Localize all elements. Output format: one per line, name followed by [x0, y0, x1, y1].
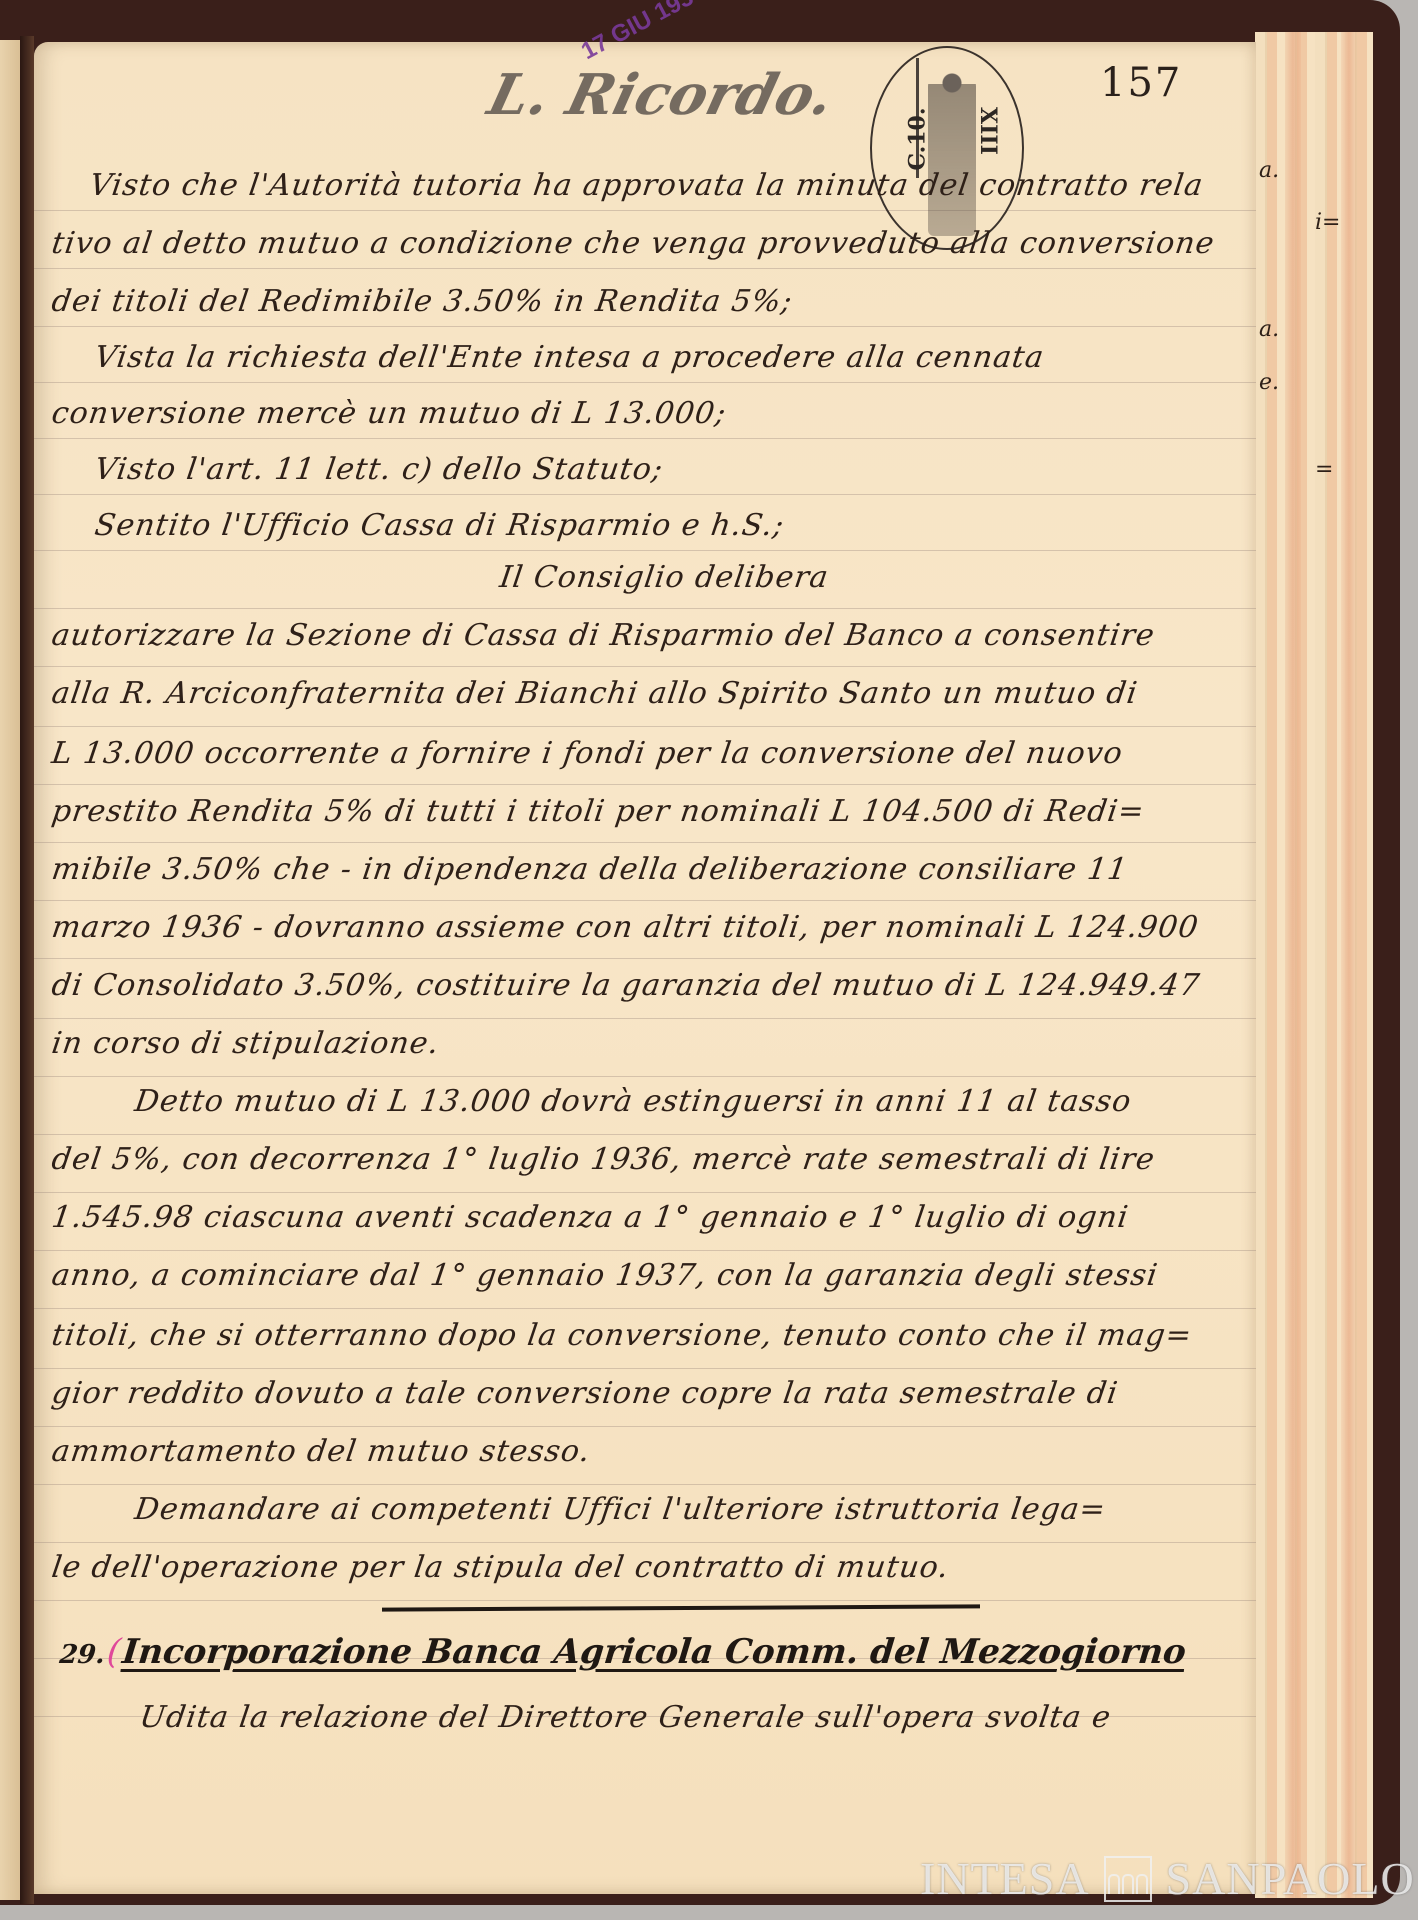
text-line: Detto mutuo di L 13.000 dovrà estinguers… — [133, 1084, 1134, 1119]
previous-page-edge — [0, 40, 20, 1900]
revenue-seal: C.10. XIII — [870, 46, 1024, 250]
margin-note: a. — [1259, 158, 1279, 183]
text-line: Visto che l'Autorità tutoria ha approvat… — [88, 168, 1206, 203]
text-line: prestito Rendita 5% di tutti i titoli pe… — [50, 794, 1147, 829]
text-line: marzo 1936 - dovranno assieme con altri … — [50, 910, 1201, 945]
text-line: autorizzare la Sezione di Cassa di Rispa… — [50, 618, 1158, 653]
text-line: di Consolidato 3.50%, costituire la gara… — [50, 968, 1203, 1003]
margin-note: e. — [1259, 370, 1279, 395]
bank-logo-icon — [1104, 1856, 1152, 1902]
resolution-heading: Il Consiglio delibera — [498, 560, 832, 595]
text-line: alla R. Arciconfraternita dei Bianchi al… — [50, 676, 1140, 711]
signature: L. Ricordo. — [482, 62, 841, 128]
text-line: Udita la relazione del Direttore General… — [138, 1700, 1114, 1735]
text-line: Demandare ai competenti Uffici l'ulterio… — [133, 1492, 1109, 1527]
section-title: Incorporazione Banca Agricola Comm. del … — [120, 1632, 1188, 1672]
seal-label: C.10. — [905, 107, 931, 170]
text-line: L 13.000 occorrente a fornire i fondi pe… — [50, 736, 1126, 771]
watermark-right: SANPAOLO — [1166, 1852, 1415, 1905]
seal-figure-icon — [928, 66, 976, 236]
page-stack-edge: a. i= a. e. = — [1255, 32, 1373, 1898]
text-line: gior reddito dovuto a tale conversione c… — [50, 1376, 1121, 1411]
text-line: del 5%, con decorrenza 1° luglio 1936, m… — [50, 1142, 1158, 1177]
text-line: 1.545.98 ciascuna aventi scadenza a 1° g… — [50, 1200, 1131, 1235]
text-line: tivo al detto mutuo a condizione che ven… — [50, 226, 1217, 261]
watermark: INTESA SANPAOLO — [920, 1852, 1415, 1905]
text-line: anno, a cominciare dal 1° gennaio 1937, … — [50, 1258, 1161, 1293]
section-number: 29. — [58, 1640, 106, 1670]
text-line: Visto l'art. 11 lett. c) dello Statuto; — [93, 452, 666, 487]
text-line: Sentito l'Ufficio Cassa di Risparmio e h… — [93, 508, 787, 543]
page-number: 157 — [1100, 60, 1182, 106]
section-heading: 29.(Incorporazione Banca Agricola Comm. … — [58, 1632, 1188, 1672]
text-line: mibile 3.50% che - in dipendenza della d… — [50, 852, 1131, 887]
text-line: conversione mercè un mutuo di L 13.000; — [50, 396, 729, 431]
page-edge-stain — [1341, 32, 1357, 1898]
text-line: ammortamento del mutuo stesso. — [50, 1434, 593, 1469]
book-gutter — [20, 36, 34, 1904]
margin-note: a. — [1259, 317, 1279, 342]
margin-note: = — [1315, 457, 1333, 482]
text-line: titoli, che si otterranno dopo la conver… — [50, 1318, 1195, 1353]
text-line: dei titoli del Redimibile 3.50% in Rendi… — [50, 284, 795, 319]
watermark-left: INTESA — [920, 1852, 1090, 1905]
text-line: le dell'operazione per la stipula del co… — [50, 1550, 952, 1585]
margin-note: i= — [1315, 210, 1340, 235]
text-line: in corso di stipulazione. — [50, 1026, 442, 1061]
page-edge-stain — [1285, 32, 1301, 1898]
seal-roman-numeral: XIII — [975, 107, 1001, 155]
text-line: Vista la richiesta dell'Ente intesa a pr… — [93, 340, 1047, 375]
